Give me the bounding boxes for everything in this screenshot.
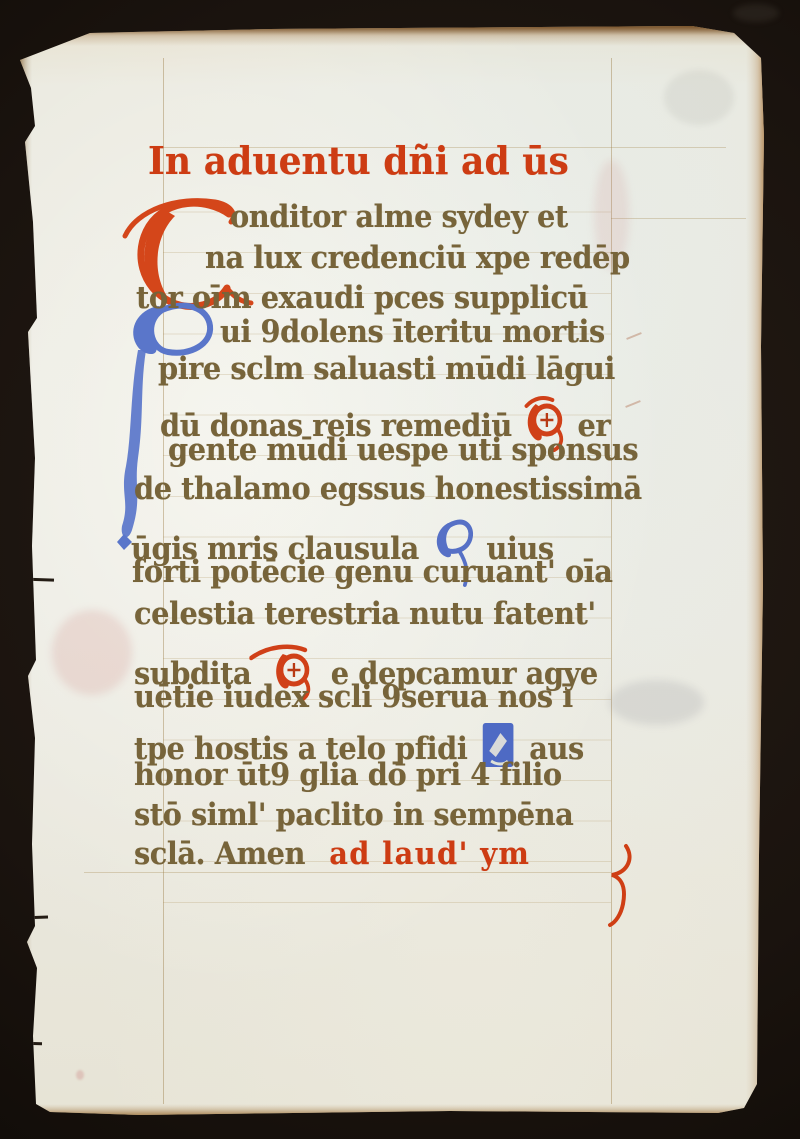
bleedthrough-smudge (52, 610, 132, 695)
red-speck (76, 1070, 84, 1080)
line-text: uētie iudex scli 9serua nos ī (134, 679, 573, 715)
line-text: tor oīm exaudi pces supplicū (136, 280, 588, 316)
bleedthrough-smudge (664, 70, 734, 125)
edge-tear (20, 577, 54, 581)
text-line-5: pire sclm saluasti mūdi lāgui (158, 354, 615, 385)
edge-tear (20, 1042, 42, 1045)
line-text: stō siml' paclito in sempēna (134, 797, 573, 833)
line-text: pire sclm saluasti mūdi lāgui (158, 351, 615, 387)
ruling-line-horizontal (611, 218, 746, 219)
text-line-1: onditor alme sydey et (230, 202, 568, 233)
text-line-4: ui 9dolens īteritu mortis (220, 317, 605, 348)
margin-mark (625, 400, 641, 408)
line-text: onditor alme sydey et (230, 199, 568, 235)
line-text: honor ūt9 glia dō pri 4 filio (134, 757, 562, 793)
text-line-8: de thalamo egssus honestissimā (134, 474, 642, 505)
line-text: ui 9dolens īteritu mortis (220, 314, 605, 350)
manuscript-leaf: In aduentu dñi ad ūs onditor alme sydey … (20, 26, 768, 1116)
rubric-flourish-icon (602, 842, 632, 928)
text-line-15: honor ūt9 glia dō pri 4 filio (134, 760, 562, 791)
rubric-heading: In aduentu dñi ad ūs (148, 142, 569, 180)
margin-mark (626, 332, 642, 340)
line-text: de thalamo egssus honestissimā (134, 471, 642, 507)
text-line-2: na lux credenciū xpe redēp (205, 243, 630, 274)
ruling-line-horizontal (84, 872, 611, 873)
background-smudge (733, 4, 779, 22)
text-line-11: celestia terestria nutu fatent' (134, 599, 596, 630)
line-text: sclā. Amen (134, 836, 305, 872)
line-text: na lux credenciū xpe redēp (205, 240, 630, 276)
line-text: forti potēcie genu curuant' oīa (132, 554, 612, 590)
text-line-7: gente mūdi uespe uti sponsus (168, 435, 638, 466)
rubric-closing: ad laud' ym (329, 836, 530, 872)
text-line-10: forti potēcie genu curuant' oīa (132, 557, 612, 588)
line-text: celestia terestria nutu fatent' (134, 596, 596, 632)
text-line-16: stō siml' paclito in sempēna (134, 800, 573, 831)
rubric-heading-text: In aduentu dñi ad ūs (148, 138, 569, 183)
text-line-13: uētie iudex scli 9serua nos ī (134, 682, 573, 713)
bleedthrough-smudge (609, 680, 704, 725)
text-line-17: sclā. Amenad laud' ym (134, 839, 530, 870)
text-line-3: tor oīm exaudi pces supplicū (136, 283, 588, 314)
line-text: gente mūdi uespe uti sponsus (168, 432, 638, 468)
edge-tear (22, 916, 48, 920)
